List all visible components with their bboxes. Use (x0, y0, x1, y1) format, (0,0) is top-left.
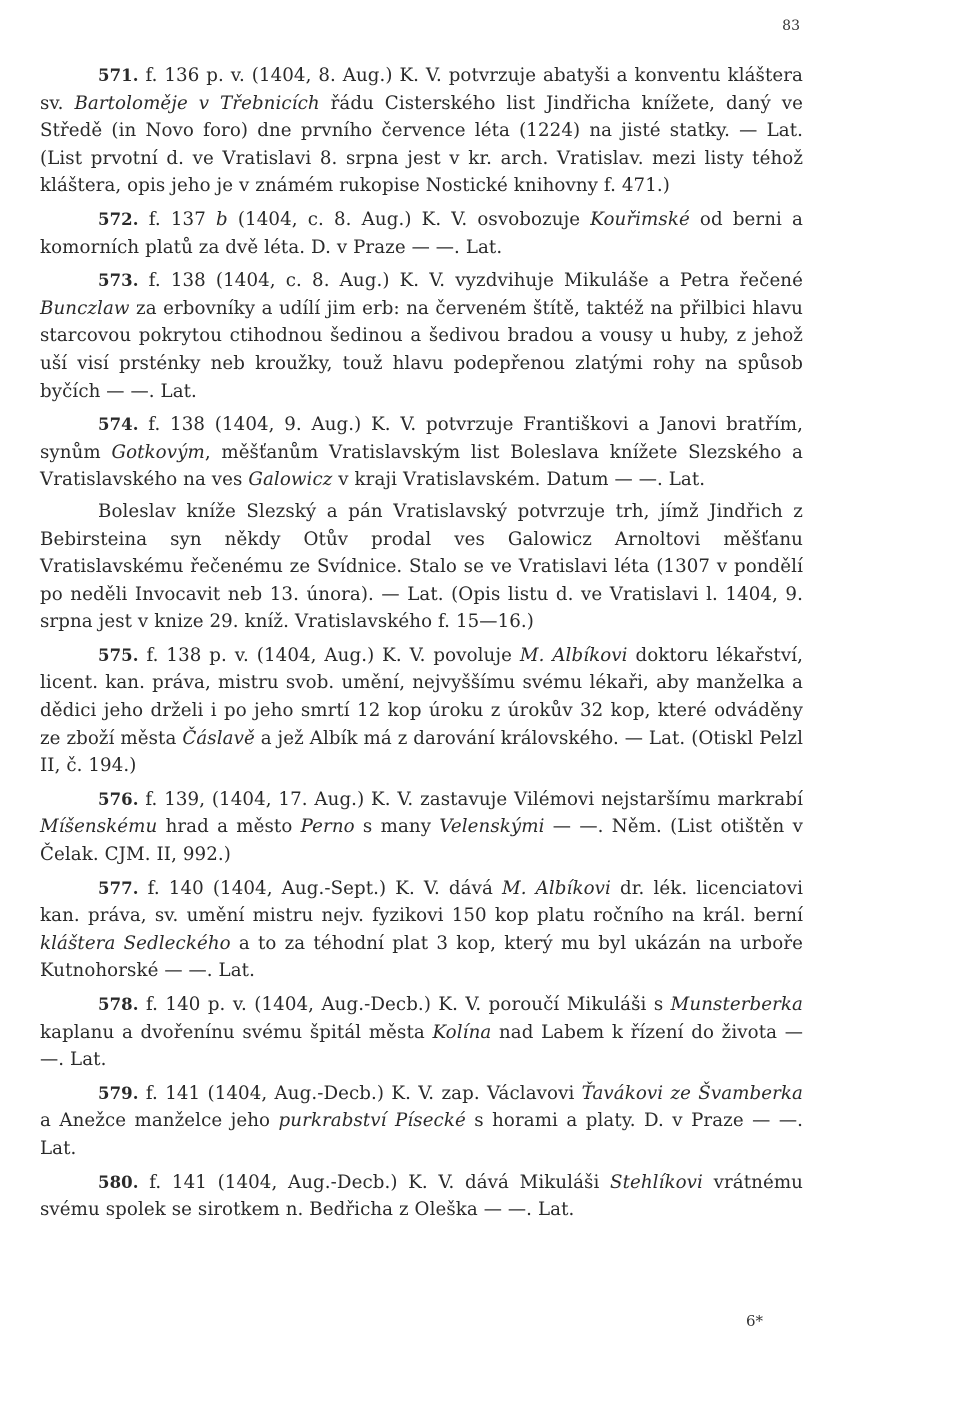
entry-text: hrad a město (157, 816, 300, 837)
entry-number: 573. (98, 271, 139, 290)
entry-text: s many (355, 816, 440, 837)
italic-person-name: M. Albíkovi (502, 878, 611, 899)
italic-family-name: Bunczlaw (40, 298, 130, 319)
entry-text: v kraji Vratislavském. Datum — —. Lat. (332, 469, 705, 490)
italic-place-name: Perno (301, 816, 355, 837)
italic-family-name: Gotkovým (111, 442, 204, 463)
entry-number: 574. (98, 415, 139, 434)
italic-folio-suffix: b (216, 209, 228, 230)
entry-number: 580. (98, 1173, 139, 1192)
entry-text: (1404, c. 8. Aug.) K. V. osvobozuje (228, 209, 591, 230)
italic-institution-name: kláštera Sedleckého (40, 933, 231, 954)
entry-571: 571. f. 136 p. v. (1404, 8. Aug.) K. V. … (40, 62, 803, 200)
italic-place-name: Galowicz (248, 469, 332, 490)
italic-place-name: Bartoloměje v Třebnicích (74, 93, 319, 114)
entry-579: 579. f. 141 (1404, Aug.-Decb.) K. V. zap… (40, 1080, 803, 1163)
entry-text: kaplanu a dvořenínu svému špitál města (40, 1022, 432, 1043)
italic-office-name: purkrabství Písecké (279, 1110, 466, 1131)
entry-number: 577. (98, 879, 139, 898)
entry-text: f. 139, (1404, 17. Aug.) K. V. zastavuje… (139, 789, 803, 810)
entry-574-note: Boleslav kníže Slezský a pán Vratislavsk… (40, 498, 803, 636)
entry-text: f. 138 p. v. (1404, Aug.) K. V. povoluje (139, 645, 520, 666)
italic-person-name: Stehlíkovi (610, 1172, 703, 1193)
italic-place-name: Čáslavě (182, 728, 255, 749)
entry-text: f. 141 (1404, Aug.-Decb.) K. V. dává Mik… (139, 1172, 610, 1193)
entry-number: 579. (98, 1084, 139, 1103)
entry-number: 571. (98, 66, 139, 85)
entry-number: 575. (98, 646, 139, 665)
signature-mark: 6* (746, 1312, 763, 1330)
entry-text: f. 140 p. v. (1404, Aug.-Decb.) K. V. po… (139, 994, 671, 1015)
entry-number: 578. (98, 995, 139, 1014)
entry-text: Boleslav kníže Slezský a pán Vratislavsk… (40, 501, 803, 632)
entry-text: za erbovníky a udílí jim erb: na červené… (40, 298, 803, 402)
page-number: 83 (770, 18, 800, 34)
entry-576: 576. f. 139, (1404, 17. Aug.) K. V. zast… (40, 786, 803, 869)
italic-title: Míšenskému (40, 816, 157, 837)
italic-person-name: Ťavákovi ze Švamberka (582, 1083, 803, 1104)
entry-text: a Anežce manželce jeho (40, 1110, 279, 1131)
italic-place-name: Kouřimské (590, 209, 690, 230)
entry-number: 572. (98, 210, 139, 229)
document-body: 571. f. 136 p. v. (1404, 8. Aug.) K. V. … (40, 62, 803, 1226)
entry-572: 572. f. 137 b (1404, c. 8. Aug.) K. V. o… (40, 206, 803, 261)
entry-577: 577. f. 140 (1404, Aug.-Sept.) K. V. dáv… (40, 875, 803, 985)
entry-580: 580. f. 141 (1404, Aug.-Decb.) K. V. dáv… (40, 1169, 803, 1224)
entry-574: 574. f. 138 (1404, 9. Aug.) K. V. potvrz… (40, 411, 803, 494)
entry-578: 578. f. 140 p. v. (1404, Aug.-Decb.) K. … (40, 991, 803, 1074)
entry-text: f. 141 (1404, Aug.-Decb.) K. V. zap. Vác… (139, 1083, 582, 1104)
italic-family-name: Velenskými (439, 816, 544, 837)
entry-573: 573. f. 138 (1404, c. 8. Aug.) K. V. vyz… (40, 267, 803, 405)
italic-person-name: M. Albíkovi (520, 645, 628, 666)
entry-number: 576. (98, 790, 139, 809)
entry-text: f. 138 (1404, c. 8. Aug.) K. V. vyzdvihu… (139, 270, 803, 291)
entry-text: f. 137 (139, 209, 216, 230)
entry-575: 575. f. 138 p. v. (1404, Aug.) K. V. pov… (40, 642, 803, 780)
entry-text: f. 140 (1404, Aug.-Sept.) K. V. dává (139, 878, 502, 899)
italic-place-name: Kolína (432, 1022, 491, 1043)
italic-place-name: Munsterberka (671, 994, 803, 1015)
